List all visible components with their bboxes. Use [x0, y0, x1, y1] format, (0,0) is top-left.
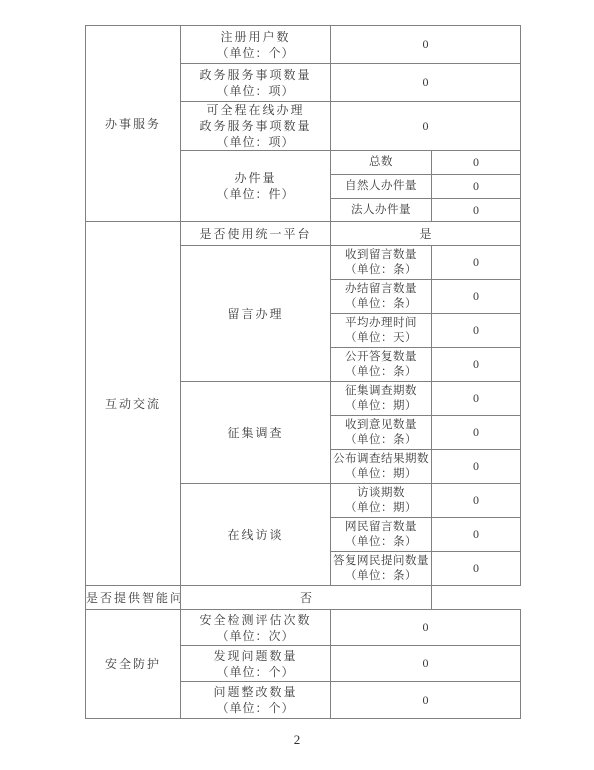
category-cell: 互动交流 — [86, 222, 181, 586]
category-cell: 办事服务 — [86, 26, 181, 222]
value-cell: 是 — [331, 222, 521, 246]
submetric-cell: 网民留言数量 （单位：条） — [331, 518, 432, 552]
submetric-unit: （单位：期） — [331, 399, 431, 414]
metric-label: 可全程在线办理 — [181, 102, 330, 118]
value-cell: 0 — [331, 26, 521, 64]
value-cell: 0 — [331, 646, 521, 682]
submetric-cell: 平均办理时间 （单位：天） — [331, 314, 432, 348]
group-label: 在线访谈 — [181, 527, 330, 543]
group-cell: 留言办理 — [181, 246, 331, 382]
subvalue-cell: 0 — [432, 484, 521, 518]
submetric-label: 访谈期数 — [331, 486, 431, 501]
submetric-label: 答复网民提问数量 — [331, 554, 431, 569]
submetric-cell: 公开答复数量 （单位：条） — [331, 348, 432, 382]
metric-unit: （单位：项） — [181, 83, 330, 99]
submetric-cell: 收到留言数量 （单位：条） — [331, 246, 432, 280]
metric-label: 安全检测评估次数 — [181, 612, 330, 628]
subvalue-cell: 0 — [432, 416, 521, 450]
group-label: 征集调查 — [181, 425, 330, 441]
submetric-unit: （单位：条） — [331, 297, 431, 312]
submetric-unit: （单位：条） — [331, 569, 431, 584]
category-label: 互动交流 — [86, 396, 180, 412]
metric-label: 发现问题数量 — [181, 648, 330, 664]
metric-unit: （单位：个） — [181, 45, 330, 61]
value-cell: 0 — [331, 102, 521, 151]
submetric-unit: （单位：期） — [331, 501, 431, 516]
submetric-cell: 总数 — [331, 151, 432, 175]
metric-unit: （单位：个） — [181, 700, 330, 716]
metric-cell: 是否使用统一平台 — [181, 222, 331, 246]
submetric-cell: 访谈期数 （单位：期） — [331, 484, 432, 518]
subvalue-cell: 0 — [432, 450, 521, 484]
submetric-label: 收到意见数量 — [331, 418, 431, 433]
metric-label: 是否提供智能问答 — [86, 590, 180, 606]
submetric-unit: （单位：条） — [331, 365, 431, 380]
document-page: 办事服务 注册用户数 （单位：个） 0 政务服务事项数量 （单位：项） 0 可全… — [0, 0, 594, 770]
report-table: 办事服务 注册用户数 （单位：个） 0 政务服务事项数量 （单位：项） 0 可全… — [85, 25, 521, 719]
subvalue-cell: 0 — [432, 552, 521, 586]
submetric-label: 法人办件量 — [331, 203, 431, 218]
metric-unit: （单位：次） — [181, 628, 330, 644]
submetric-cell: 征集调查期数 （单位：期） — [331, 382, 432, 416]
metric-cell: 是否提供智能问答 — [86, 586, 181, 610]
group-label: 办件量 — [181, 170, 330, 186]
submetric-unit: （单位：条） — [331, 263, 431, 278]
metric-label: 政务服务事项数量 — [181, 67, 330, 83]
group-cell: 在线访谈 — [181, 484, 331, 586]
subvalue-cell: 0 — [432, 314, 521, 348]
table-row: 是否提供智能问答 否 — [86, 586, 521, 610]
subvalue-cell: 0 — [432, 175, 521, 199]
submetric-label: 总数 — [331, 155, 431, 170]
submetric-unit: （单位：条） — [331, 535, 431, 550]
submetric-label: 自然人办件量 — [331, 179, 431, 194]
metric-cell: 安全检测评估次数 （单位：次） — [181, 610, 331, 646]
value-cell: 0 — [331, 610, 521, 646]
subvalue-cell: 0 — [432, 246, 521, 280]
metric-cell: 可全程在线办理 政务服务事项数量 （单位：项） — [181, 102, 331, 151]
metric-unit: （单位：项） — [181, 134, 330, 150]
submetric-unit: （单位：条） — [331, 433, 431, 448]
subvalue-cell: 0 — [432, 280, 521, 314]
value-cell: 0 — [331, 64, 521, 102]
submetric-cell: 法人办件量 — [331, 199, 432, 222]
subvalue-cell: 0 — [432, 199, 521, 222]
subvalue-cell: 0 — [432, 518, 521, 552]
table-row: 安全防护 安全检测评估次数 （单位：次） 0 — [86, 610, 521, 646]
metric-unit: （单位：个） — [181, 664, 330, 680]
metric-label: 问题整改数量 — [181, 684, 330, 700]
category-label: 安全防护 — [86, 656, 180, 672]
submetric-unit: （单位：天） — [331, 331, 431, 346]
submetric-label: 公开答复数量 — [331, 350, 431, 365]
submetric-cell: 答复网民提问数量 （单位：条） — [331, 552, 432, 586]
group-label: 留言办理 — [181, 306, 330, 322]
table-row: 办事服务 注册用户数 （单位：个） 0 — [86, 26, 521, 64]
subvalue-cell: 0 — [432, 348, 521, 382]
value-cell: 0 — [331, 682, 521, 719]
submetric-cell: 办结留言数量 （单位：条） — [331, 280, 432, 314]
table-row: 互动交流 是否使用统一平台 是 — [86, 222, 521, 246]
category-cell: 安全防护 — [86, 610, 181, 719]
metric-cell: 注册用户数 （单位：个） — [181, 26, 331, 64]
group-unit: （单位：件） — [181, 186, 330, 202]
submetric-label: 平均办理时间 — [331, 316, 431, 331]
metric-cell: 发现问题数量 （单位：个） — [181, 646, 331, 682]
subvalue-cell: 0 — [432, 382, 521, 416]
metric-cell: 问题整改数量 （单位：个） — [181, 682, 331, 719]
submetric-label: 网民留言数量 — [331, 520, 431, 535]
page-number: 2 — [0, 732, 594, 748]
metric-label: 注册用户数 — [181, 29, 330, 45]
submetric-label: 公布调查结果期数 — [331, 452, 431, 467]
submetric-label: 办结留言数量 — [331, 282, 431, 297]
category-label: 办事服务 — [86, 116, 180, 132]
value-cell: 否 — [181, 586, 432, 610]
metric-label-line2: 政务服务事项数量 — [181, 118, 330, 134]
subvalue-cell: 0 — [432, 151, 521, 175]
submetric-cell: 自然人办件量 — [331, 175, 432, 199]
submetric-label: 征集调查期数 — [331, 384, 431, 399]
submetric-cell: 公布调查结果期数 （单位：期） — [331, 450, 432, 484]
submetric-unit: （单位：期） — [331, 467, 431, 482]
group-cell: 征集调查 — [181, 382, 331, 484]
metric-cell: 政务服务事项数量 （单位：项） — [181, 64, 331, 102]
submetric-label: 收到留言数量 — [331, 248, 431, 263]
submetric-cell: 收到意见数量 （单位：条） — [331, 416, 432, 450]
metric-label: 是否使用统一平台 — [181, 226, 330, 242]
group-cell: 办件量 （单位：件） — [181, 151, 331, 222]
